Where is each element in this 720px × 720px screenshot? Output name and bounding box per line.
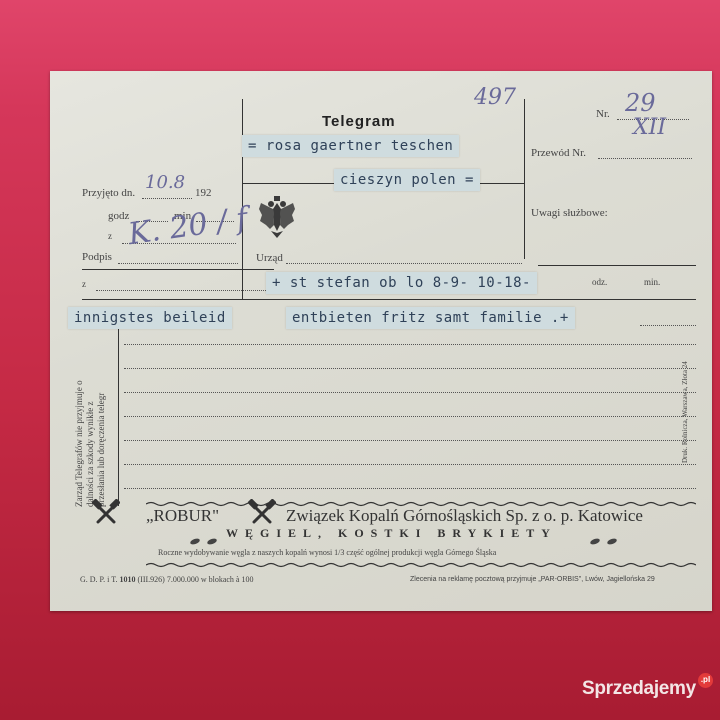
handwritten-date: 10.8 [145, 172, 185, 193]
header-bottom-rule [82, 299, 696, 300]
advert-company: Związek Kopalń Górnośląskich Sp. z o. p.… [286, 506, 643, 526]
nr-label: Nr. [596, 108, 610, 120]
tape-line-message-1: innigstes beileid [68, 307, 232, 329]
z2-label: z [82, 279, 86, 289]
handwritten-top-number: 497 [474, 85, 516, 110]
year-prefix: 192 [195, 187, 212, 199]
przyjeto-label: Przyjęto dn. [82, 187, 135, 199]
sprzedajemy-watermark: Sprzedajemy [582, 678, 696, 700]
message-line-7[interactable] [124, 488, 696, 489]
tape-line-message-2: entbieten fritz samt familie .+ [286, 307, 575, 329]
disclaimer-line-1: Zarząd Telegrafów nie przyjmuje o [74, 380, 84, 507]
z2-field[interactable] [96, 290, 266, 291]
handwritten-nr-2: XII [633, 115, 666, 140]
disclaimer-line-2: dalności za szkody wynikłe z [85, 402, 95, 507]
printer-imprint: Druk. Rolnicza, Warszawa, Złota 24 [680, 361, 690, 463]
decorative-wave-bottom [146, 562, 696, 568]
eagle-emblem-icon [258, 195, 296, 239]
urzad-label: Urząd [256, 252, 283, 264]
coal-briquette-icons-right [590, 531, 620, 541]
form-title: Telegram [322, 113, 396, 130]
z-label: z [108, 231, 112, 241]
advert-product: WĘGIEL, KOSTKI BRYKIETY [226, 526, 557, 541]
message-line-1[interactable] [124, 344, 696, 345]
podpis-rule [82, 269, 274, 270]
message-area-left-border [118, 326, 119, 506]
message-line-6[interactable] [124, 464, 696, 465]
footer-form-number: 1010 [120, 575, 136, 584]
uwagi-label: Uwagi służbowe: [531, 207, 608, 219]
frame-line-right [524, 99, 525, 259]
footer-left: G. D. P. i T. 1010 (III.926) 7.000.000 w… [80, 575, 253, 584]
odz-label: odz. [592, 277, 607, 287]
przewod-label: Przewód Nr. [531, 147, 586, 159]
message-line-5[interactable] [124, 440, 696, 441]
min2-label: min. [644, 277, 660, 287]
urzad-right-rule [538, 265, 696, 266]
urzad-field[interactable] [286, 263, 522, 264]
advert-tagline: Roczne wydobywanie węgla z naszych kopal… [158, 548, 496, 557]
footer-left-prefix: G. D. P. i T. [80, 575, 118, 584]
podpis-label: Podpis [82, 251, 112, 263]
przewod-field[interactable] [598, 158, 692, 159]
message-line-2[interactable] [124, 368, 696, 369]
przyjeto-date-field[interactable] [142, 198, 192, 199]
coal-briquette-icons-left [190, 531, 220, 541]
crossed-hammers-icon-2 [248, 499, 276, 525]
crossed-hammers-icon [92, 499, 120, 525]
tape-line-destination: cieszyn polen = [334, 169, 480, 191]
tape-line-recipient: = rosa gaertner teschen [242, 135, 459, 157]
podpis-field[interactable] [118, 263, 238, 264]
footer-left-suffix: (III.926) 7.000.000 w blokach à 100 [138, 575, 254, 584]
telegram-form: Telegram 497 Nr. 29 XII Przewód Nr. Uwag… [50, 71, 712, 611]
advert-brand: „ROBUR" [146, 506, 219, 526]
tape-line-origin: + st stefan ob lo 8-9- 10-18- [266, 272, 537, 294]
message-line-4[interactable] [124, 416, 696, 417]
message-line-3[interactable] [124, 392, 696, 393]
handwritten-nr: 29 [625, 89, 656, 117]
handwritten-scribble: K. 20 / f [126, 201, 250, 252]
watermark-pl-badge: .pl [698, 673, 713, 688]
footer-right: Zlecenia na reklamę pocztową przyjmuje „… [410, 576, 655, 583]
message-line-0[interactable] [640, 325, 696, 326]
disclaimer-line-3: przesłania lub doręczenia telegr [96, 393, 106, 507]
